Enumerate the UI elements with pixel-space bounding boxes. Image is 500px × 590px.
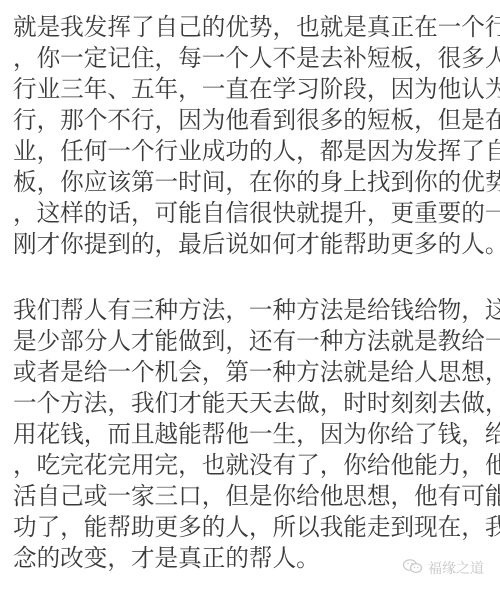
text-line: ，这样的话，可能自信很快就提升，更重要的一点就是 xyxy=(13,198,489,229)
text-line: 就是我发挥了自己的优势，也就是真正在一个行业当中 xyxy=(13,12,489,43)
paragraph-1: 就是我发挥了自己的优势，也就是真正在一个行业当中 ，你一定记住，每一个人不是去补… xyxy=(13,12,489,260)
text-line: 是少部分人才能做到，还有一种方法就是教给一种能力 xyxy=(13,326,489,357)
text-line: 板，你应该第一时间，在你的身上找到你的优势和长板 xyxy=(13,167,489,198)
text-line: 行业三年、五年，一直在学习阶段，因为他认为这个不 xyxy=(13,74,489,105)
text-line: ，吃完花完用完，也就没有了，你给他能力，他只能养 xyxy=(13,450,489,481)
text-line: 功了，能帮助更多的人，所以我能走到现在，我发现观 xyxy=(13,512,489,543)
text-line: 一个方法，我们才能天天去做，时时刻刻去做，而且不 xyxy=(13,388,489,419)
text-line: ，你一定记住，每一个人不是去补短板，很多人做健康 xyxy=(13,43,489,74)
wechat-icon xyxy=(402,558,424,578)
text-line: 行，那个不行，因为他看到很多的短板，但是在这个行 xyxy=(13,105,489,136)
text-line: 刚才你提到的，最后说如何才能帮助更多的人。 xyxy=(13,229,489,260)
text-line: 我们帮人有三种方法，一种方法是给钱给物，这种方法 xyxy=(13,295,489,326)
watermark: 福缘之道 xyxy=(402,558,484,578)
article-body: 就是我发挥了自己的优势，也就是真正在一个行业当中 ，你一定记住，每一个人不是去补… xyxy=(13,12,489,574)
watermark-text: 福缘之道 xyxy=(428,558,484,578)
text-line: 业，任何一个行业成功的人，都是因为发挥了自己的长 xyxy=(13,136,489,167)
text-line: 活自己或一家三口，但是你给他思想，他有可能以后成 xyxy=(13,481,489,512)
paragraph-2: 我们帮人有三种方法，一种方法是给钱给物，这种方法 是少部分人才能做到，还有一种方… xyxy=(13,295,489,574)
text-line: 用花钱，而且越能帮他一生，因为你给了钱，给了物质 xyxy=(13,419,489,450)
text-line: 或者是给一个机会，第一种方法就是给人思想，只有第 xyxy=(13,357,489,388)
